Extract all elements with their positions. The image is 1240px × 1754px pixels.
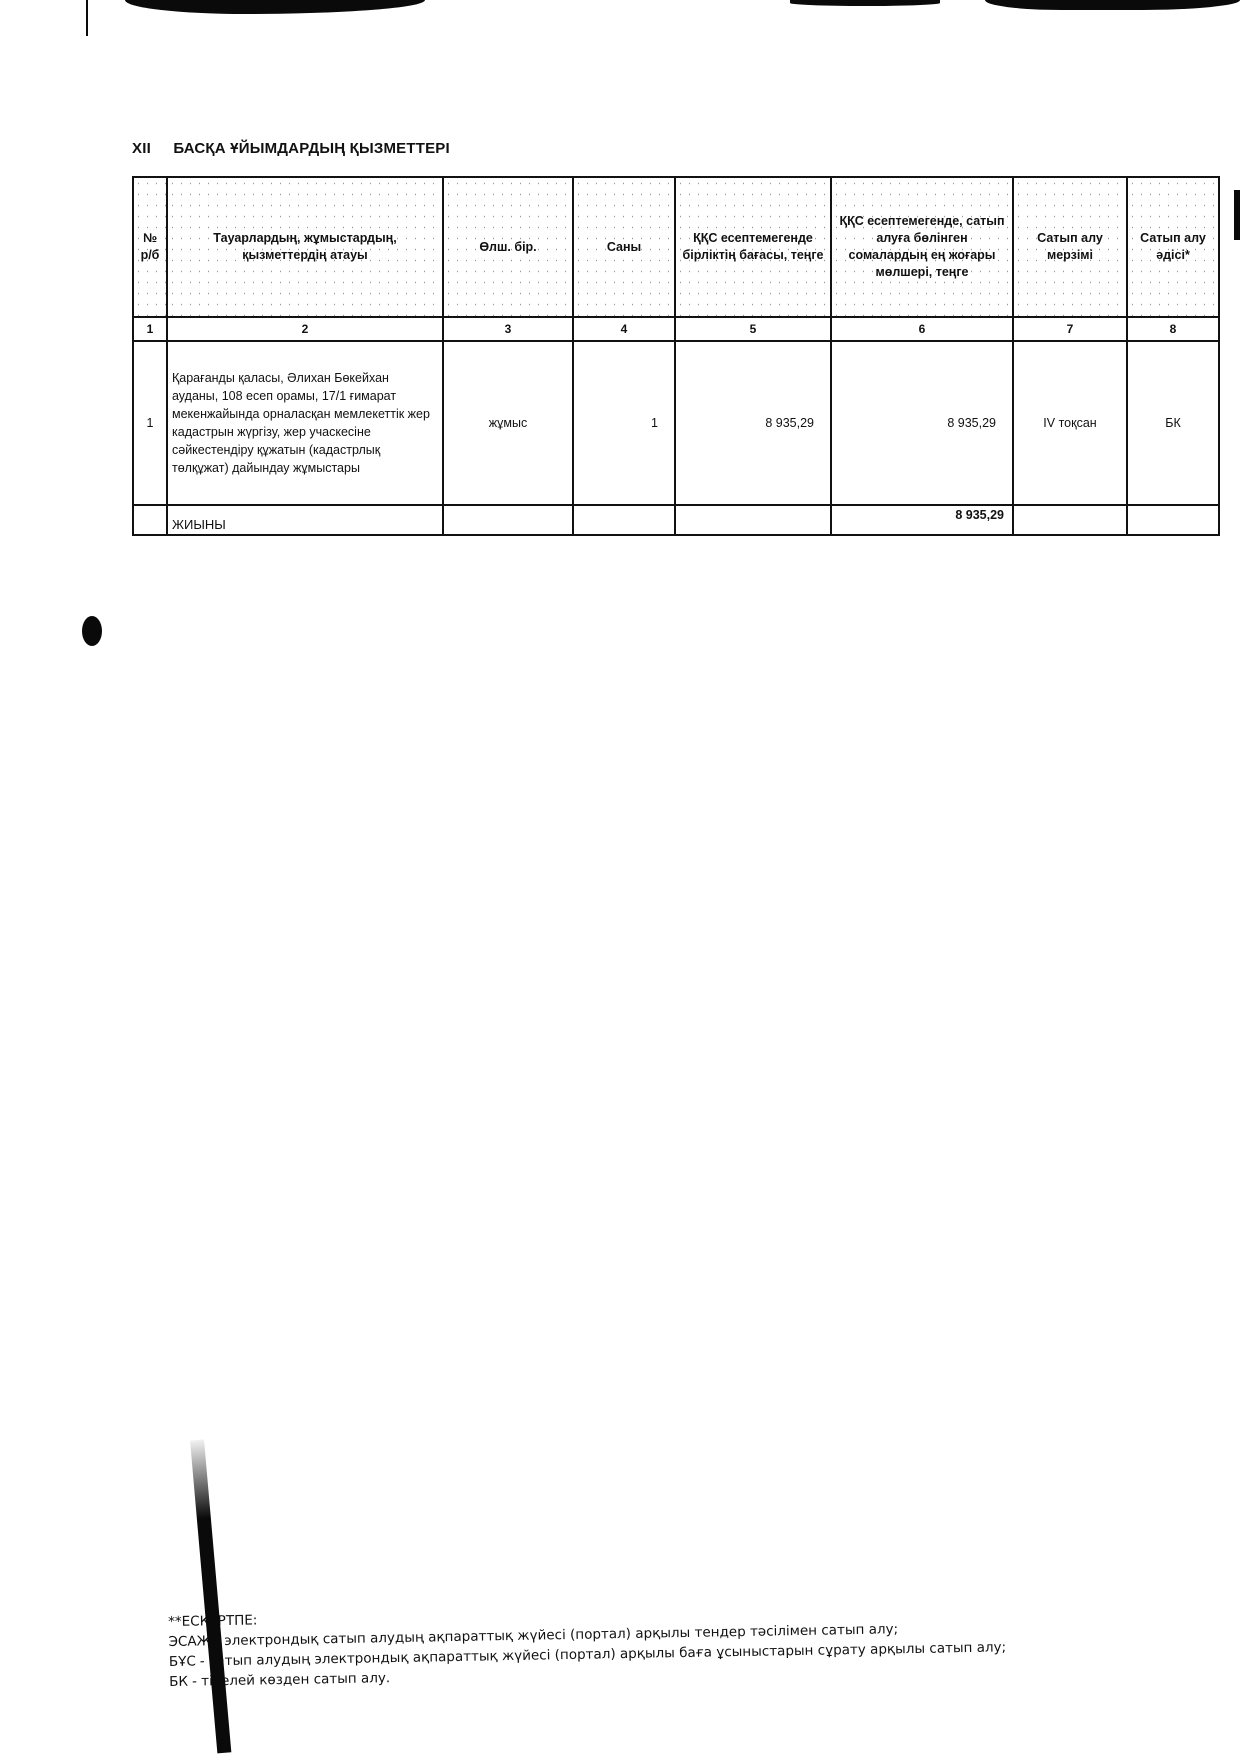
procurement-table: № р/б Тауарлардың, жұмыстардың, қызметте… [132, 176, 1220, 536]
header-unit: Өлш. бір. [443, 177, 573, 317]
footnote-code: БК [169, 1674, 188, 1690]
column-number: 6 [831, 317, 1013, 341]
item-unit-price: 8 935,29 [675, 341, 831, 505]
footnote-code: ЭСАЖ [168, 1633, 211, 1650]
header-number: № р/б [133, 177, 167, 317]
section-number: XII [132, 140, 151, 157]
column-number: 5 [675, 317, 831, 341]
scan-shadow [790, 0, 940, 6]
total-empty-cell [675, 505, 831, 535]
item-method: БК [1127, 341, 1219, 505]
hole-punch-mark [82, 616, 102, 646]
table-row: 1 Қарағанды қаласы, Әлихан Бөкейхан ауда… [133, 341, 1219, 505]
total-empty-cell [573, 505, 675, 535]
total-empty-cell [1013, 505, 1127, 535]
total-amount: 8 935,29 [831, 505, 1013, 535]
section-heading: XII БАСҚА ҰЙЫМДАРДЫҢ ҚЫЗМЕТТЕРІ [132, 140, 450, 157]
item-quantity: 1 [573, 341, 675, 505]
scan-streak [190, 1439, 231, 1753]
column-number: 3 [443, 317, 573, 341]
total-empty-cell [443, 505, 573, 535]
total-label: ЖИЫНЫ [167, 505, 443, 535]
scan-edge-line [86, 0, 88, 36]
header-unit-price: ҚҚС есептемегенде бірліктің бағасы, теңг… [675, 177, 831, 317]
column-number: 7 [1013, 317, 1127, 341]
item-period: IV тоқсан [1013, 341, 1127, 505]
table-header-row: № р/б Тауарлардың, жұмыстардың, қызметте… [133, 177, 1219, 317]
header-name: Тауарлардың, жұмыстардың, қызметтердің а… [167, 177, 443, 317]
total-empty-cell [133, 505, 167, 535]
item-unit: жұмыс [443, 341, 573, 505]
header-max-amount: ҚҚС есептемегенде, сатып алуға бөлінген … [831, 177, 1013, 317]
scan-edge-mark [1234, 190, 1240, 240]
total-empty-cell [1127, 505, 1219, 535]
column-number: 4 [573, 317, 675, 341]
footnote-code: БҰС [169, 1654, 196, 1670]
column-number: 2 [167, 317, 443, 341]
section-title: БАСҚА ҰЙЫМДАРДЫҢ ҚЫЗМЕТТЕРІ [173, 140, 450, 157]
total-row: ЖИЫНЫ 8 935,29 [133, 505, 1219, 535]
header-period: Сатып алу мерзімі [1013, 177, 1127, 317]
scan-shadow [985, 0, 1240, 10]
header-quantity: Саны [573, 177, 675, 317]
column-number-row: 1 2 3 4 5 6 7 8 [133, 317, 1219, 341]
row-number: 1 [133, 341, 167, 505]
item-max-amount: 8 935,29 [831, 341, 1013, 505]
item-name: Қарағанды қаласы, Әлихан Бөкейхан ауданы… [167, 341, 443, 505]
header-method: Сатып алу әдісі* [1127, 177, 1219, 317]
column-number: 8 [1127, 317, 1219, 341]
column-number: 1 [133, 317, 167, 341]
scan-shadow [125, 0, 425, 14]
footnote: **ЕСКЕРТПЕ: ЭСАЖ- электрондық сатып алуд… [168, 1597, 1007, 1692]
